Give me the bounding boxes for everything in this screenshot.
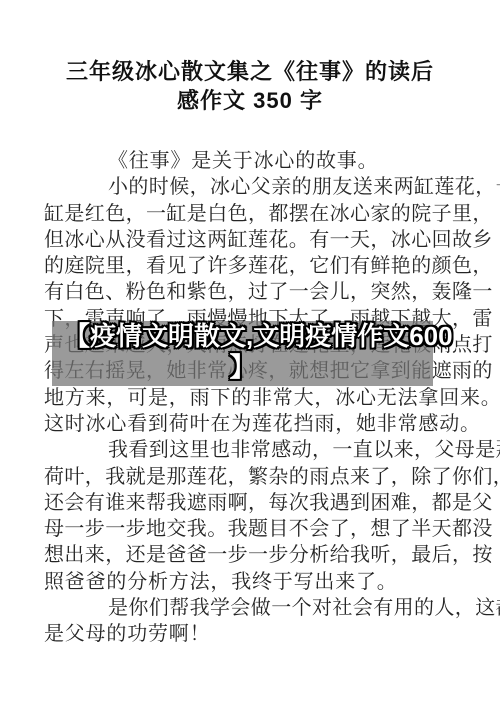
page-title-line-1: 三年级冰心散文集之《往事》的读后	[0, 57, 500, 86]
document-page: 三年级冰心散文集之《往事》的读后 感作文 350 字 《往事》是关于冰心的故事。…	[0, 0, 500, 707]
essay-line: 地方来，可是，雨下的非常大，冰心无法拿回来。	[44, 384, 456, 410]
essay-line: 还会有谁来帮我遮雨啊，每次我遇到困难，都是父	[44, 489, 456, 515]
essay-body: 《往事》是关于冰心的故事。 小的时候，冰心父亲的朋友送来两缸莲花，一 缸是红色，…	[44, 147, 456, 647]
essay-line: 的庭院里，看见了许多莲花，它们有鲜艳的颜色，	[44, 252, 456, 278]
essay-line: 有白色、粉色和紫色，过了一会儿，突然，轰隆一	[44, 278, 456, 304]
page-title: 三年级冰心散文集之《往事》的读后 感作文 350 字	[0, 57, 500, 115]
essay-line: 母一步一步地交我。我题目不会了，想了半天都没	[44, 515, 456, 541]
essay-line: 照爸爸的分析方法，我终于写出来了。	[44, 568, 456, 594]
essay-line: 想出来，还是爸爸一步一步分析给我听，最后，按	[44, 541, 456, 567]
essay-line: 缸是红色，一缸是白色，都摆在冰心家的院子里，	[44, 200, 456, 226]
essay-line: 小的时候，冰心父亲的朋友送来两缸莲花，一	[44, 173, 456, 199]
essay-line: 我看到这里也非常感动，一直以来，父母是那	[44, 436, 456, 462]
watermark-text-line-1: 【疫情文明散文,文明疫情作文600	[64, 321, 433, 352]
essay-line: 荷叶，我就是那莲花，繁杂的雨点来了，除了你们，	[44, 463, 456, 489]
essay-line: 但冰心从没看过这两缸莲花。有一天，冰心回故乡	[44, 226, 456, 252]
watermark-overlay: 【疫情文明散文,文明疫情作文600 】	[52, 321, 433, 386]
essay-line: 《往事》是关于冰心的故事。	[44, 147, 456, 173]
essay-line: 是父母的功劳啊！	[44, 620, 456, 646]
page-title-line-2: 感作文 350 字	[0, 86, 500, 115]
essay-line: 是你们帮我学会做一个对社会有用的人，这都	[44, 594, 456, 620]
essay-line: 这时冰心看到荷叶在为莲花挡雨，她非常感动。	[44, 410, 456, 436]
watermark-text-line-2: 】	[52, 352, 433, 383]
